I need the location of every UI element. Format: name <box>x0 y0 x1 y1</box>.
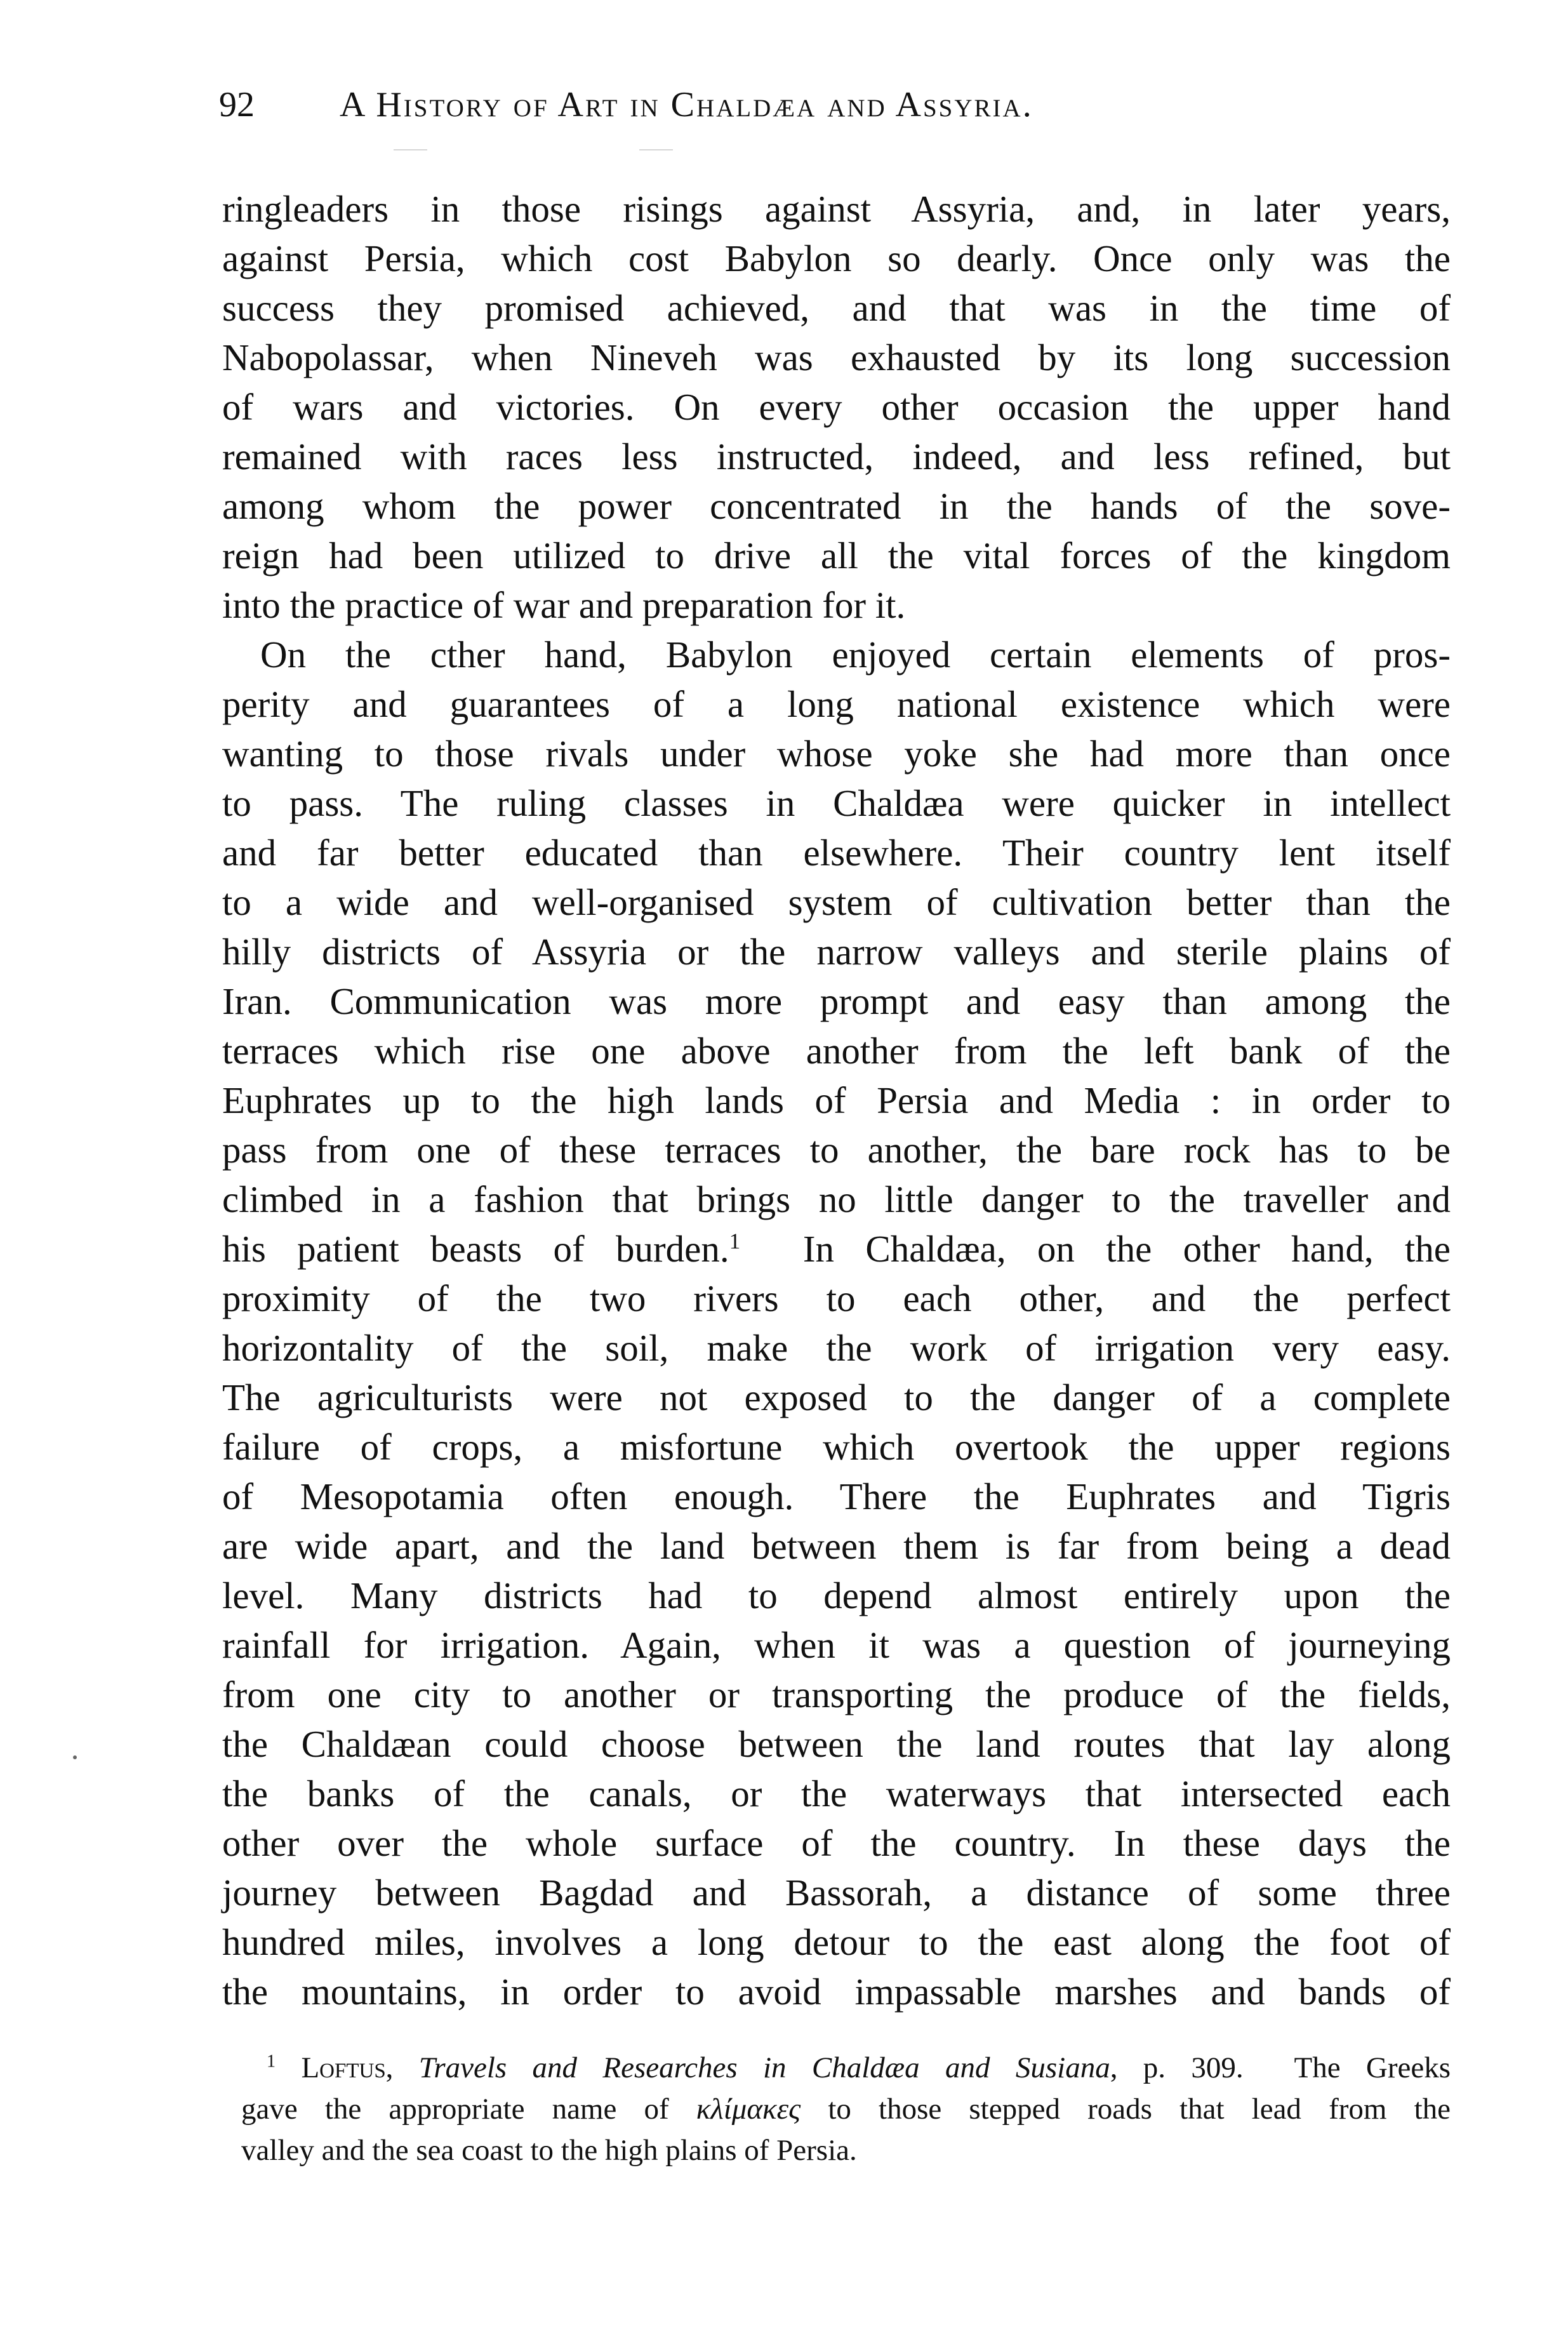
text-line: reign had been utilized to drive all the… <box>222 531 1451 580</box>
text-line: The agriculturists were not exposed to t… <box>222 1373 1451 1422</box>
text-line: from one city to another or transporting… <box>222 1670 1451 1719</box>
text-line: against Persia, which cost Babylon so de… <box>222 234 1451 283</box>
footnote-text: to those stepped roads that lead from th… <box>801 2093 1451 2126</box>
running-header: 92 A History of Art in Chaldæa and Assyr… <box>219 79 1451 130</box>
text-line: hilly districts of Assyria or the narrow… <box>222 927 1451 976</box>
greek-word: κλίμακες <box>696 2093 801 2126</box>
text-line: to a wide and well-organised system of c… <box>222 877 1451 927</box>
text-line: climbed in a fashion that brings no litt… <box>222 1175 1451 1224</box>
footnote-line: 1 Loftus, Travels and Researches in Chal… <box>241 2048 1451 2089</box>
footnote: 1 Loftus, Travels and Researches in Chal… <box>241 2048 1451 2171</box>
text-line: Iran. Communication was more prompt and … <box>222 976 1451 1026</box>
page-number: 92 <box>219 79 255 130</box>
text-line: journey between Bagdad and Bassorah, a d… <box>222 1868 1451 1917</box>
text-line: hundred miles, involves a long detour to… <box>222 1917 1451 1967</box>
text-line: Nabopolassar, when Nineveh was exhausted… <box>222 333 1451 382</box>
footnote-marker: 1 <box>267 2051 276 2071</box>
text-line: remained with races less instructed, ind… <box>222 432 1451 481</box>
text-line: pass from one of these terraces to anoth… <box>222 1125 1451 1175</box>
text-line: horizontality of the soil, make the work… <box>222 1323 1451 1373</box>
text-fragment: In Chaldæa, on the other hand, the <box>740 1228 1451 1270</box>
scan-speck <box>73 1755 77 1759</box>
text-line: the banks of the canals, or the waterway… <box>222 1769 1451 1818</box>
text-line: proximity of the two rivers to each othe… <box>222 1274 1451 1323</box>
header-rule <box>394 149 673 150</box>
footnote-line: gave the appropriate name of κλίμακες to… <box>241 2089 1451 2130</box>
text-line: terraces which rise one above another fr… <box>222 1026 1451 1075</box>
text-line: failure of crops, a misfortune which ove… <box>222 1422 1451 1472</box>
footnote-reference[interactable]: 1 <box>729 1228 741 1253</box>
text-line: success they promised achieved, and that… <box>222 283 1451 333</box>
running-title: A History of Art in Chaldæa and Assyria. <box>340 79 1033 130</box>
text-line: rainfall for irrigation. Again, when it … <box>222 1620 1451 1670</box>
text-line: the mountains, in order to avoid impassa… <box>222 1967 1451 2016</box>
text-line: wanting to those rivals under whose yoke… <box>222 729 1451 778</box>
footnote-author: Loftus, <box>301 2051 393 2084</box>
text-line: of wars and victories. On every other oc… <box>222 382 1451 432</box>
body-text: ringleaders in those risings against Ass… <box>222 184 1451 2016</box>
footnote-work-title: Travels and Researches in Chaldæa and Su… <box>419 2051 1110 2084</box>
text-fragment: his patient beasts of burden. <box>222 1228 729 1270</box>
text-line: into the practice of war and preparation… <box>222 580 1451 630</box>
footnote-text: , p. 309. The Greeks <box>1110 2051 1451 2084</box>
text-line: ringleaders in those risings against Ass… <box>222 184 1451 234</box>
text-line: perity and guarantees of a long national… <box>222 679 1451 729</box>
text-line: level. Many districts had to depend almo… <box>222 1571 1451 1620</box>
footnote-text: gave the appropriate name of <box>241 2093 696 2126</box>
text-line-with-footnote-ref: his patient beasts of burden.1 In Chaldæ… <box>222 1224 1451 1274</box>
text-line: are wide apart, and the land between the… <box>222 1521 1451 1571</box>
paragraph-start-line: On the cther hand, Babylon enjoyed certa… <box>222 630 1451 679</box>
footnote-line: valley and the sea coast to the high pla… <box>241 2130 1451 2171</box>
text-line: Euphrates up to the high lands of Persia… <box>222 1075 1451 1125</box>
text-line: among whom the power concentrated in the… <box>222 481 1451 531</box>
text-line: of Mesopotamia often enough. There the E… <box>222 1472 1451 1521</box>
text-line: the Chaldæan could choose between the la… <box>222 1719 1451 1769</box>
text-line: other over the whole surface of the coun… <box>222 1818 1451 1868</box>
text-line: and far better educated than elsewhere. … <box>222 828 1451 877</box>
text-line: to pass. The ruling classes in Chaldæa w… <box>222 778 1451 828</box>
